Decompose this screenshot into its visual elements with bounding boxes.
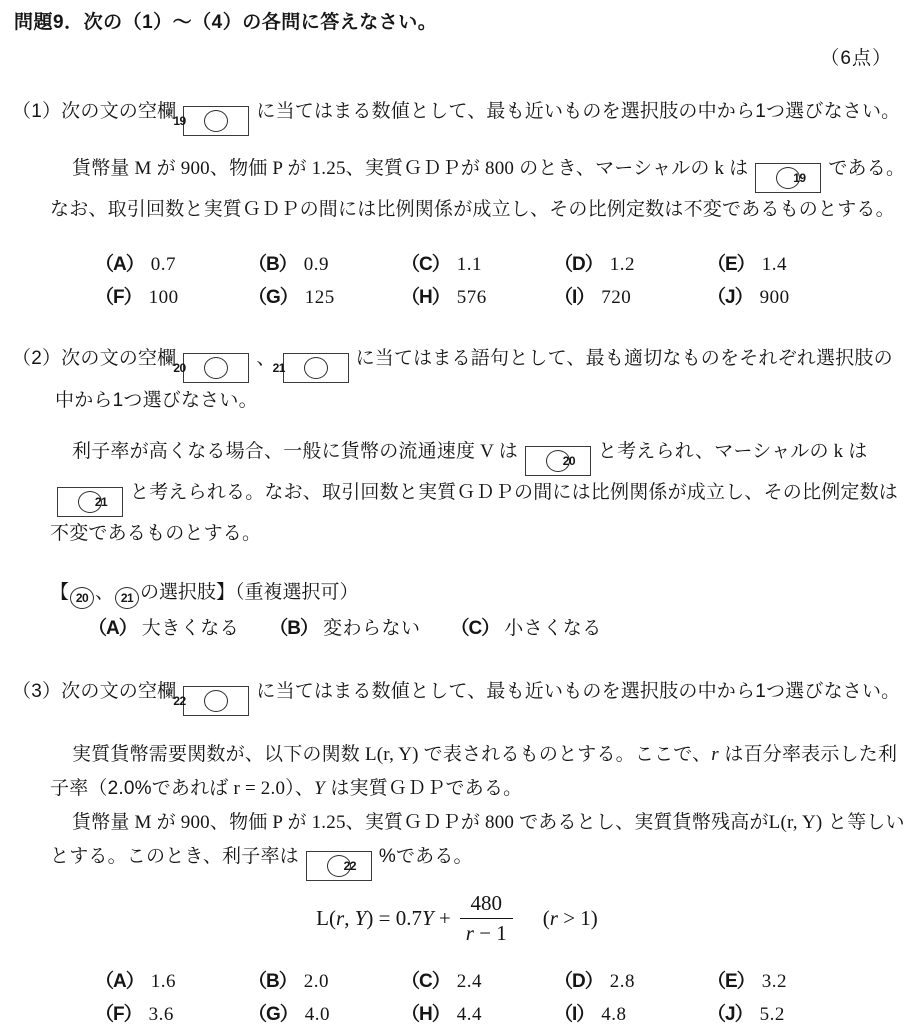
option-item: （I）720 (554, 282, 707, 313)
text-run: L( (316, 906, 336, 930)
option-label: （E） (707, 254, 755, 275)
formula-condition: (r > 1) (543, 906, 598, 931)
option-label: （E） (707, 971, 755, 992)
text-run: のとき、マーシャルの (519, 158, 709, 179)
fraction: 480 r − 1 (460, 891, 513, 946)
text-run: 800 (480, 812, 519, 833)
fraction-numerator: 480 (465, 891, 509, 918)
money-demand-formula: L(r, Y) = 0.7Y + 480 r − 1 (r > 1) (0, 891, 914, 946)
option-value: 2.4 (457, 971, 482, 992)
text-run: 実質貨幣需要関数が、以下の関数 (72, 744, 360, 765)
text-run: > 1) (558, 906, 598, 930)
option-value: 4.4 (457, 1004, 482, 1024)
option-item: （E）1.4 (707, 249, 860, 280)
option-label: （A） (95, 971, 144, 992)
exam-page: 問題9．次の（1）～（4）の各問に答えなさい。 （6点） （1）次の文の空欄19… (0, 0, 914, 1024)
option-value: 4.0 (305, 1004, 330, 1024)
option-label: （I） (554, 1004, 594, 1024)
text-run: に当てはまる数値として、最も近いものを選択肢の中から1つ選びなさい。 (256, 101, 900, 122)
text-run: r (711, 744, 719, 765)
text-run: − 1 (474, 921, 507, 945)
question-1-body: 貨幣量 M が 900、物価 P が 1.25、実質ＧＤＰが 800 のとき、マ… (50, 152, 908, 227)
option-item: （H）4.4 (401, 999, 554, 1024)
circled-number-22: 22 (327, 855, 351, 877)
option-value: 125 (305, 287, 335, 308)
answer-blank-box-20: 20 (183, 353, 249, 383)
text-run: 1.25 (307, 812, 346, 833)
circled-number-21: 21 (115, 587, 139, 609)
text-run: Y (355, 906, 367, 930)
text-run: であるとし、実質貨幣残高が (519, 812, 769, 833)
circled-number-21: 21 (78, 491, 102, 513)
option-value: 2.8 (610, 971, 635, 992)
text-run: M (130, 158, 157, 179)
option-label: （J） (707, 287, 753, 308)
option-value: 576 (457, 287, 487, 308)
text-run: は実質ＧＤＰである。 (325, 778, 522, 799)
text-run: と考えられる。なお、取引回数と実質ＧＤＰの間には比例関係が成立し、その比例定数は… (50, 482, 898, 544)
text-run: 、物価 (210, 812, 268, 833)
option-value: 小さくなる (504, 618, 602, 639)
option-item: （C）1.1 (401, 249, 554, 280)
text-run: + (434, 906, 451, 930)
option-label: （F） (95, 287, 142, 308)
option-item: （A）大きくなる (88, 613, 239, 644)
option-value: 2.0 (304, 971, 329, 992)
text-run: 900 (176, 158, 210, 179)
option-label: （G） (248, 287, 298, 308)
option-value: 5.2 (760, 1004, 785, 1024)
option-label: （C） (401, 971, 450, 992)
question-3-body-paragraph-2: 貨幣量 M が 900、物価 P が 1.25、実質ＧＤＰが 800 であるとし… (50, 806, 908, 881)
text-run: 、実質ＧＤＰが (346, 158, 480, 179)
option-label: （C） (401, 254, 450, 275)
text-run: 貨幣量 (72, 812, 130, 833)
question-2-heading: （2）次の文の空欄20、21に当てはまる語句として、最も適切なものをそれぞれ選択… (55, 341, 907, 419)
answer-blank-box-21: 21 (57, 487, 123, 517)
option-label: （D） (554, 254, 603, 275)
option-value: 100 (149, 287, 179, 308)
option-label: （D） (554, 971, 603, 992)
text-run: k (829, 441, 849, 462)
question-2-body: 利子率が高くなる場合、一般に貨幣の流通速度 V は20と考えられ、マーシャルの … (50, 435, 908, 551)
question-3-heading: （3）次の文の空欄22に当てはまる数値として、最も近いものを選択肢の中から1つ選… (55, 674, 907, 716)
problem-title: 問題9．次の（1）～（4）の各問に答えなさい。 (14, 10, 914, 36)
option-item: （J）900 (707, 282, 860, 313)
option-item: （D）1.2 (554, 249, 707, 280)
text-run: 、物価 (210, 158, 268, 179)
option-label: （B） (248, 971, 297, 992)
text-run: L(r, Y) (769, 812, 823, 833)
text-run: V (475, 441, 498, 462)
option-item: （G）4.0 (248, 999, 401, 1024)
answer-blank-box-21: 21 (283, 353, 349, 383)
text-run: 利子率が高くなる場合、一般に貨幣の流通速度 (72, 441, 475, 462)
option-item: （C）2.4 (401, 966, 554, 997)
text-run: が (157, 158, 176, 179)
text-run: 800 (480, 158, 519, 179)
option-label: （I） (554, 287, 594, 308)
option-label: （C） (451, 618, 500, 639)
text-run: r (336, 906, 344, 930)
question-2-choices-note: 【20、21の選択肢】（重複選択可） (50, 577, 914, 609)
question-3-body-paragraph-1: 実質貨幣需要関数が、以下の関数 L(r, Y) で表されるものとする。ここで、r… (50, 738, 908, 806)
option-item: （A）0.7 (95, 249, 248, 280)
question-1-heading: （1）次の文の空欄19に当てはまる数値として、最も近いものを選択肢の中から1つ選… (55, 94, 907, 136)
option-item: （A）1.6 (95, 966, 248, 997)
circled-number-20: 20 (546, 450, 570, 472)
text-run: ( (543, 906, 550, 930)
option-label: （A） (95, 254, 144, 275)
text-run: , (344, 906, 355, 930)
option-item: （I）4.8 (554, 999, 707, 1024)
option-item: （D）2.8 (554, 966, 707, 997)
text-run: 、実質ＧＤＰが (346, 812, 480, 833)
option-value: 変わらない (323, 618, 421, 639)
option-value: 1.6 (151, 971, 176, 992)
text-run: （3）次の文の空欄 (12, 681, 176, 702)
text-run: に当てはまる語句として、最も適切なものをそれぞれ選択肢の中から1つ選びなさい。 (55, 348, 893, 411)
text-run: 貨幣量 (72, 158, 130, 179)
text-run: k (710, 158, 730, 179)
option-value: 3.2 (762, 971, 787, 992)
text-run: の選択肢】（重複選択可） (140, 582, 359, 603)
option-label: （H） (401, 1004, 450, 1024)
circled-number-22: 22 (204, 690, 228, 712)
answer-blank-box-22: 22 (306, 851, 372, 881)
text-run: 、 (95, 582, 114, 603)
option-value: 0.9 (304, 254, 329, 275)
text-run: で表されるものとする。ここで、 (424, 744, 712, 765)
question-2-choice-options: （A）大きくなる（B）変わらない（C）小さくなる (88, 613, 914, 644)
points-label: （6点） (0, 46, 892, 72)
text-run: r (550, 906, 558, 930)
answer-blank-box-22: 22 (183, 686, 249, 716)
option-label: （J） (707, 1004, 753, 1024)
option-label: （G） (248, 1004, 298, 1024)
option-value: 大きくなる (142, 618, 240, 639)
option-item: （F）3.6 (95, 999, 248, 1024)
option-item: （B）2.0 (248, 966, 401, 997)
text-run: P (267, 158, 287, 179)
option-value: 720 (601, 287, 631, 308)
answer-blank-box-20: 20 (525, 446, 591, 476)
text-run: ）、 (285, 778, 314, 799)
option-item: （B）0.9 (248, 249, 401, 280)
text-run: ) = 0.7 (366, 906, 422, 930)
question-3-options: （A）1.6（B）2.0（C）2.4（D）2.8（E）3.2（F）3.6（G）4… (95, 966, 914, 1024)
text-run: L(r, Y) (360, 744, 424, 765)
circled-number-19: 19 (204, 110, 228, 132)
text-run: （1）次の文の空欄 (12, 101, 176, 122)
option-item: （J）5.2 (707, 999, 860, 1024)
text-run: 900 (176, 812, 210, 833)
text-run: は (499, 441, 518, 462)
text-run: 【 (50, 582, 69, 603)
text-run: （2）次の文の空欄 (12, 348, 176, 369)
option-label: （B） (248, 254, 297, 275)
option-item: （H）576 (401, 282, 554, 313)
option-label: （B） (269, 618, 318, 639)
circled-number-20: 20 (70, 587, 94, 609)
option-value: 1.2 (610, 254, 635, 275)
text-run: M (130, 812, 157, 833)
option-label: （F） (95, 1004, 142, 1024)
text-run: は (729, 158, 748, 179)
text-run: 1.25 (307, 158, 346, 179)
text-run: は (848, 441, 867, 462)
option-label: （A） (88, 618, 137, 639)
option-value: 0.7 (151, 254, 176, 275)
circled-number-21: 21 (304, 357, 328, 379)
formula-lhs: L(r, Y) = 0.7Y + (316, 906, 451, 931)
text-run: %である。 (379, 846, 473, 867)
option-item: （E）3.2 (707, 966, 860, 997)
option-item: （B）変わらない (269, 613, 420, 644)
option-value: 4.8 (601, 1004, 626, 1024)
answer-blank-box-19: 19 (183, 106, 249, 136)
option-value: 1.4 (762, 254, 787, 275)
text-run: が (157, 812, 176, 833)
text-run: Y (314, 778, 325, 799)
option-value: 900 (760, 287, 790, 308)
text-run: が (287, 812, 306, 833)
circled-number-19: 19 (776, 167, 800, 189)
fraction-denominator: r − 1 (460, 918, 513, 946)
question-1-options: （A）0.7（B）0.9（C）1.1（D）1.2（E）1.4（F）100（G）1… (95, 249, 914, 313)
option-item: （G）125 (248, 282, 401, 313)
option-item: （C）小さくなる (451, 613, 602, 644)
text-run: r (466, 921, 474, 945)
option-item: （F）100 (95, 282, 248, 313)
circled-number-20: 20 (204, 357, 228, 379)
text-run: が (287, 158, 306, 179)
option-label: （H） (401, 287, 450, 308)
text-run: に当てはまる数値として、最も近いものを選択肢の中から1つ選びなさい。 (256, 681, 900, 702)
option-value: 3.6 (149, 1004, 174, 1024)
text-run: Y (422, 906, 434, 930)
answer-blank-box-19: 19 (755, 163, 821, 193)
text-run: P (267, 812, 287, 833)
text-run: r = 2.0 (229, 778, 286, 799)
text-run: と考えられ、マーシャルの (598, 441, 829, 462)
option-value: 1.1 (457, 254, 482, 275)
